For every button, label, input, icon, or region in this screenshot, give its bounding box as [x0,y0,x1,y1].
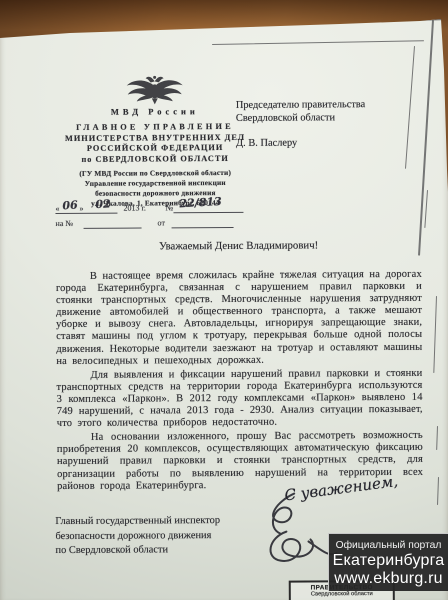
handwritten-number: 22/813 [179,195,222,210]
letter-content: МВД России ГЛАВНОЕ УПРАВЛЕНИЕ МИНИСТЕРСТ… [0,0,448,600]
handwritten-day: 06 [62,199,78,213]
ekburg-portal-watermark: Официальный портал Екатеринбурга www.ekb… [328,533,448,591]
addressee-name: Д. В. Паслеру [236,136,366,150]
addressee-line: Председателю правительства [236,98,366,112]
signer-line: безопасности дорожного движения [55,529,220,545]
body-paragraph-2: Для выявления и фиксации нарушений прави… [56,368,422,431]
photographed-letter: МВД России ГЛАВНОЕ УПРАВЛЕНИЕ МИНИСТЕРСТ… [0,0,448,600]
underline [84,227,142,229]
watermark-city: Екатеринбурга [329,552,448,570]
signer-line: по Свердловской области [55,543,220,559]
letter-body: В настоящее время сложилась крайне тяжел… [56,269,423,493]
watermark-url: www.ekburg.ru [329,570,448,588]
underline [55,212,117,214]
watermark-title: Официальный портал [329,540,448,551]
stamp-line: Свердловской области [291,591,393,598]
signer-block: Главный государственный инспектор безопа… [55,514,220,559]
underline [173,211,243,213]
body-paragraph-1: В настоящее время сложилась крайне тяжел… [56,269,423,368]
salutation: Уважаемый Денис Владимирович! [56,239,422,253]
signer-line: Главный государственный инспектор [55,514,220,530]
ot-label: от [158,218,165,227]
addressee-block: Председателю правительства Свердловской … [236,98,366,150]
underline [172,226,234,228]
mvd-double-eagle-emblem [124,74,186,104]
addressee-line: Свердловской области [236,111,366,125]
na-label: на № [56,219,74,228]
document-paper: МВД России ГЛАВНОЕ УПРАВЛЕНИЕ МИНИСТЕРСТ… [0,0,448,600]
org-title-line: по СВЕРДЛОВСКОЙ ОБЛАСТИ [33,153,277,165]
year-label: 2013 г. [123,203,145,212]
reference-block: « 06 » 02 2013 г. № 22/813 на № от [55,198,255,233]
handwritten-month: 02 [95,197,111,211]
number-sign: № [165,203,173,212]
